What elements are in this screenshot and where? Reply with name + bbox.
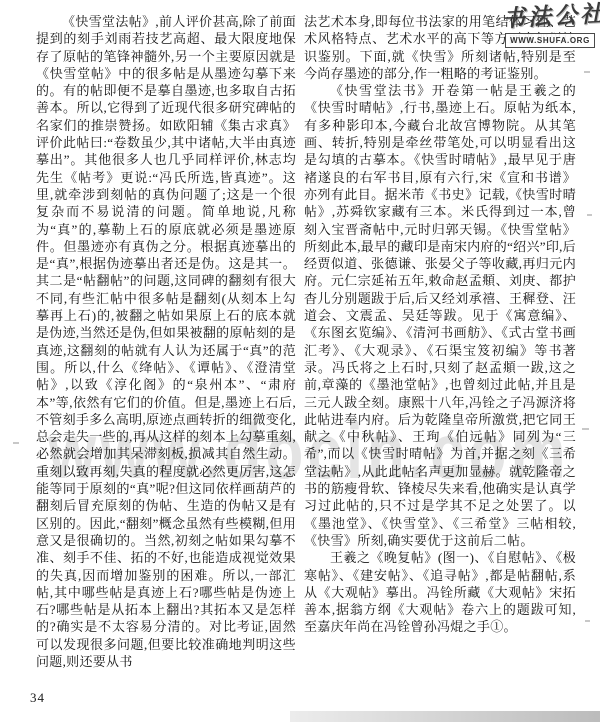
text-column-left: 《快雪堂法帖》,前人评价甚高,除了前面提到的刻手刘雨若技艺高超、最大限度地保存了…	[36, 13, 296, 670]
scan-speck	[587, 214, 592, 216]
page-number: 34	[30, 690, 45, 706]
paragraph-kuaixue-shiqing-history: 《快雪堂法书》开卷第一帖是王羲之的《快雪时晴帖》,行书,墨迹上石。原帖为纸本,有…	[304, 82, 576, 549]
scanned-book-page: www.docin.com 书法公社 WWW.SHUFA.ORG 《快雪堂法帖》…	[0, 0, 600, 722]
paragraph-kuaixuetang-evaluation: 《快雪堂法帖》,前人评价甚高,除了前面提到的刻手刘雨若技艺高超、最大限度地保存了…	[36, 13, 296, 670]
scan-speck	[584, 71, 590, 73]
paragraph-wangxizhi-tie-list: 王羲之《晚复帖》(图一)、《自慰帖》、《极寒帖》、《建安帖》、《追寻帖》,都是帖…	[304, 549, 576, 635]
scan-edge-shadow	[290, 711, 600, 722]
scan-speck	[13, 442, 19, 444]
shufa-url-label: WWW.SHUFA.ORG	[505, 33, 595, 48]
shufa-org-stamp: 书法公社 WWW.SHUFA.ORG	[502, 4, 598, 48]
shufa-calligraphy-logo: 书法公社	[501, 2, 598, 33]
text-column-right: 法艺术本身,即每位书法家的用笔结体习性、艺术风格特点、艺术水平的高下等方面来加以…	[304, 13, 576, 636]
scan-speck	[585, 620, 590, 622]
scan-speck	[582, 428, 589, 430]
